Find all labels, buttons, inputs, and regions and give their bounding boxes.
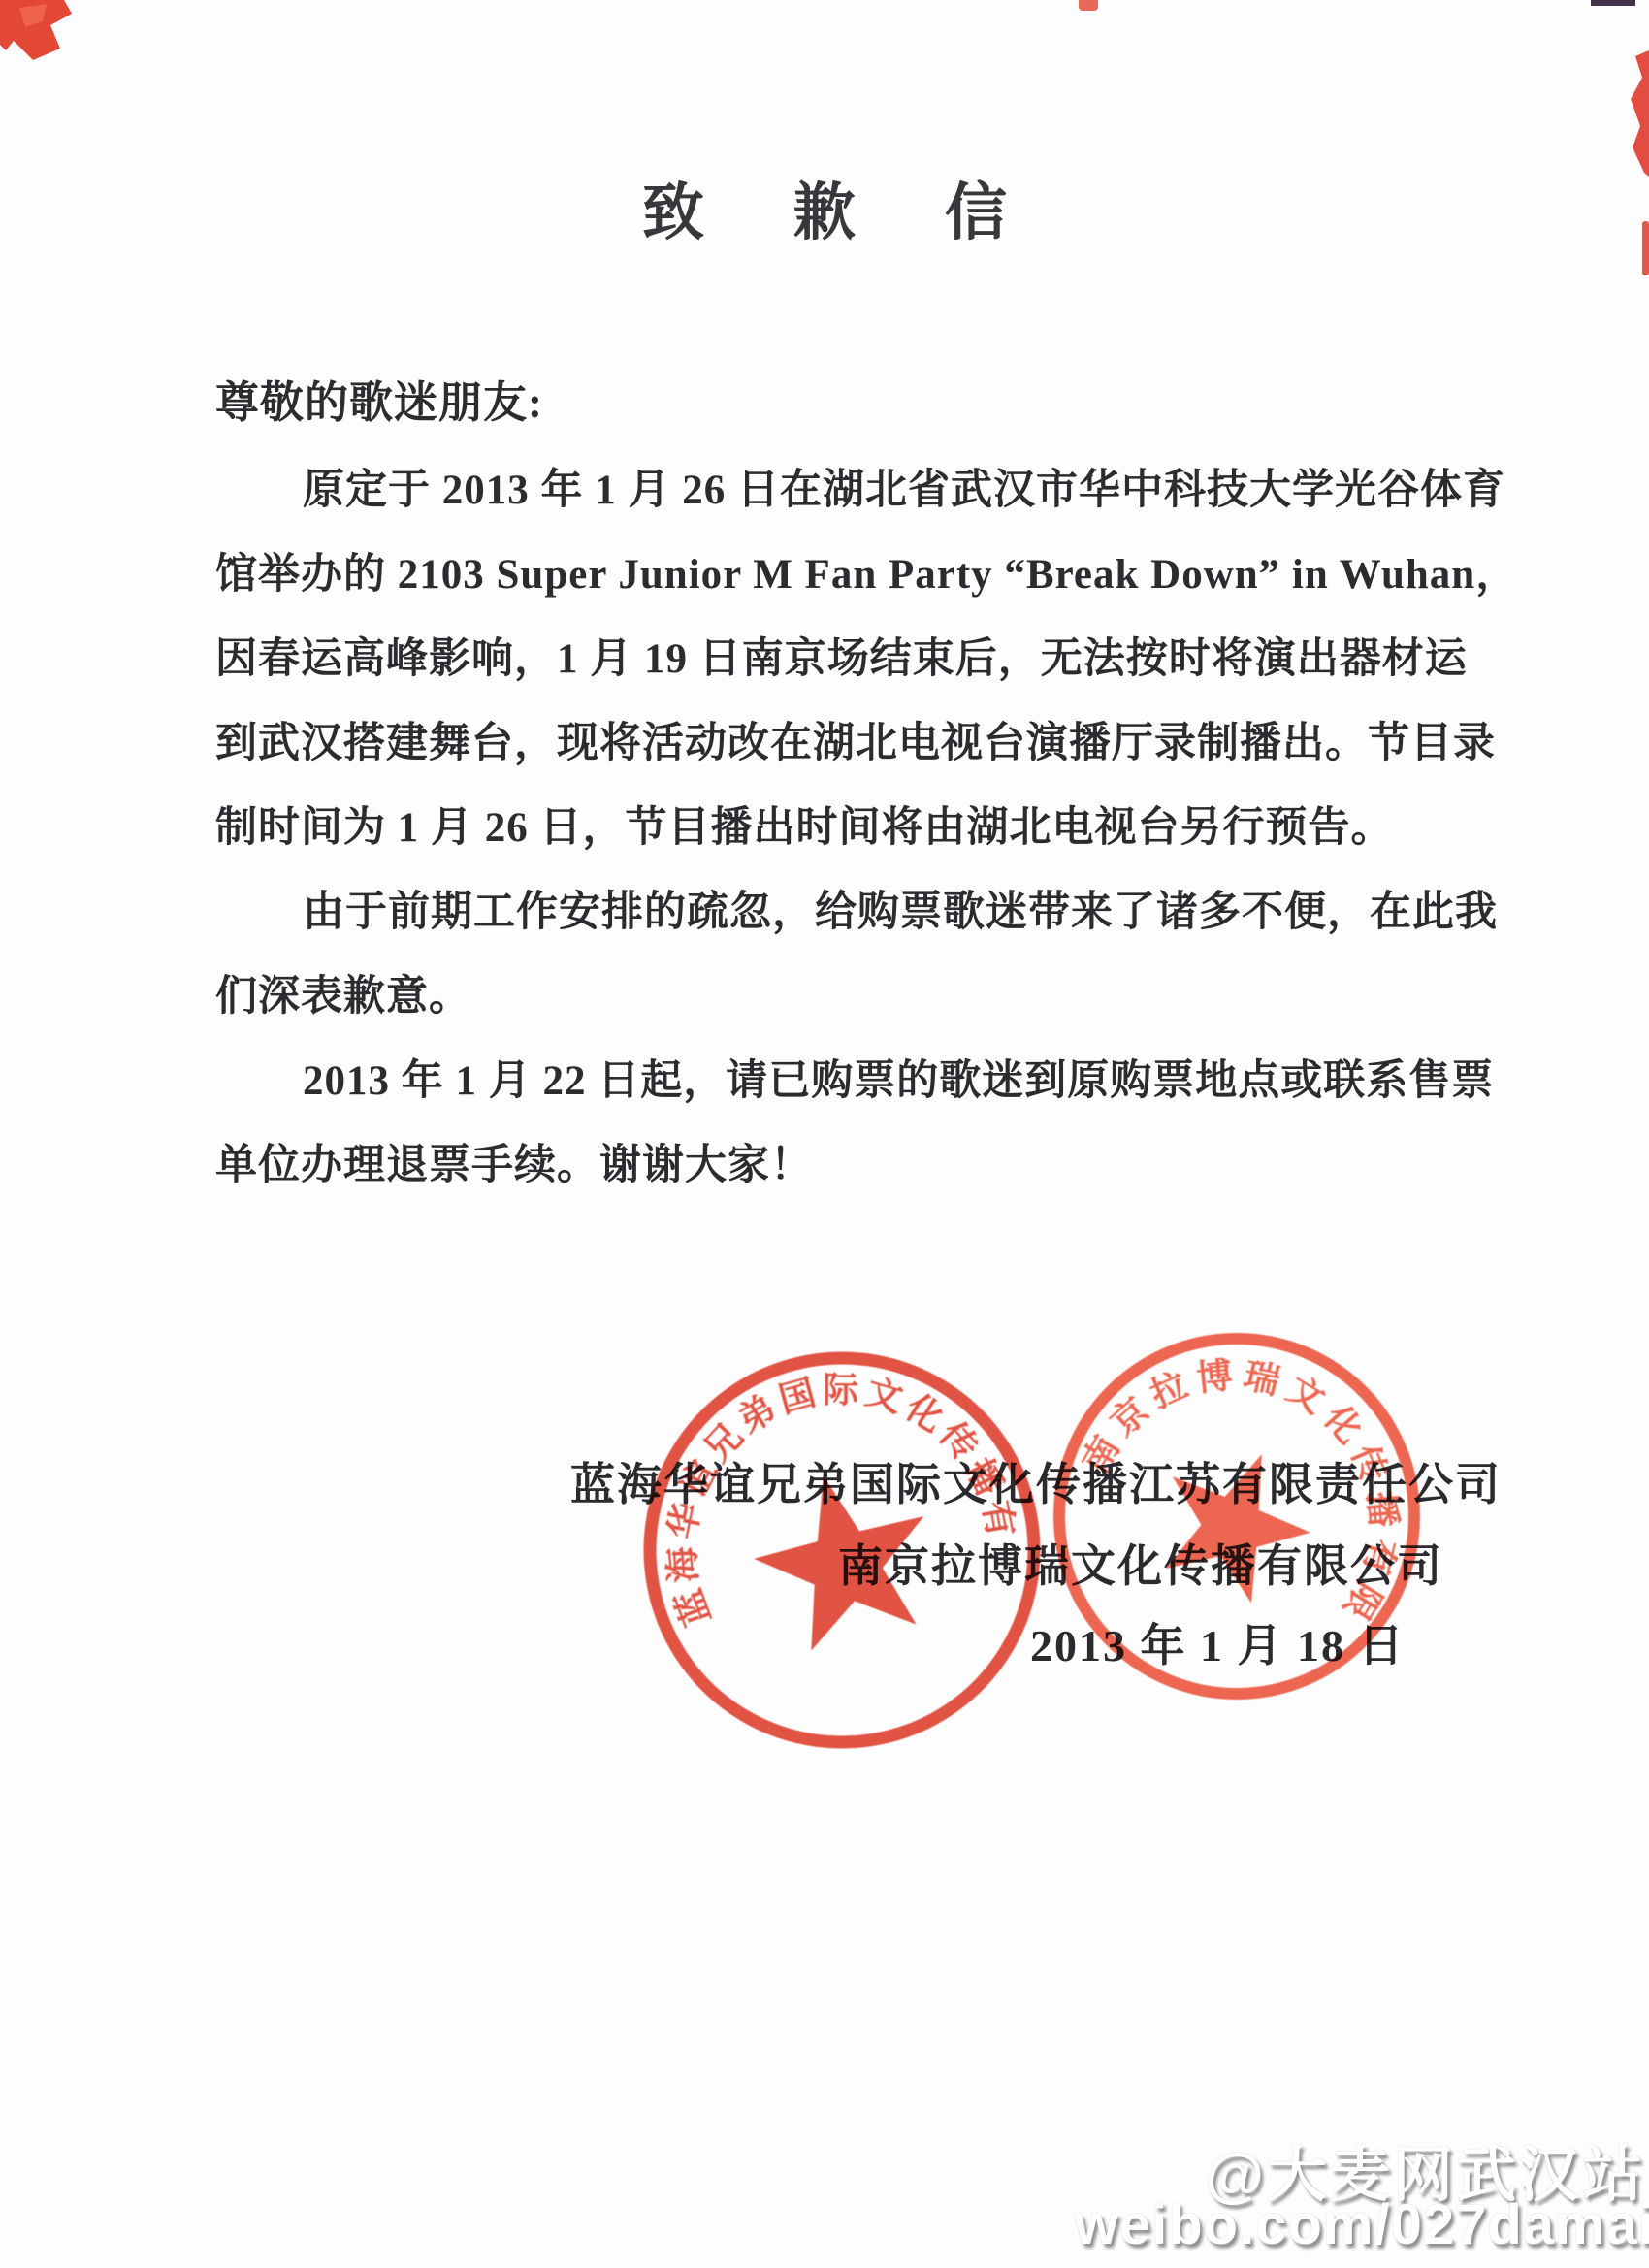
ink-smudge-right-edge <box>1628 50 1649 178</box>
seal-star-left <box>738 1455 949 1659</box>
letter-body: 原定于 2013 年 1 月 26 日在湖北省武汉市华中科技大学光谷体育 馆举办… <box>215 448 1430 1208</box>
body-line: 制时间为 1 月 26 日，节目播出时间将由湖北电视台另行预告。 <box>215 786 1430 870</box>
body-line: 到武汉搭建舞台，现将活动改在湖北电视台演播厅录制播出。节目录 <box>215 701 1430 786</box>
letter-title: 致 歉 信 <box>0 163 1649 252</box>
body-line: 单位办理退票手续。谢谢大家！ <box>215 1123 1430 1208</box>
ink-smudge-top-left <box>0 0 89 76</box>
body-line: 们深表歉意。 <box>215 955 1430 1039</box>
watermark-weibo-url: weibo.com/027damai <box>1075 2192 1649 2257</box>
ink-dash-top-edge <box>1079 0 1098 11</box>
seal-arc-text-right: 南京拉博瑞文化传播有限公司 <box>1043 1322 1431 1636</box>
company-seal-right: 南京拉博瑞文化传播有限公司 <box>1043 1322 1431 1710</box>
letter-salutation: 尊敬的歌迷朋友: <box>215 367 543 430</box>
scan-edge-artifact <box>1591 0 1635 6</box>
body-line: 因春运高峰影响，1 月 19 日南京场结束后，无法按时将演出器材运 <box>215 617 1430 701</box>
seal-star-right <box>1140 1427 1331 1614</box>
body-line: 由于前期工作安排的疏忽，给购票歌迷带来了诸多不便，在此我 <box>215 870 1430 955</box>
body-line: 原定于 2013 年 1 月 26 日在湖北省武汉市华中科技大学光谷体育 <box>215 448 1430 533</box>
svg-text:南京拉博瑞文化传播有限公司: 南京拉博瑞文化传播有限公司 <box>1043 1322 1431 1636</box>
company-seal-left: 蓝海华谊兄弟国际文化传播有限责任公司 <box>629 1337 1055 1764</box>
body-line: 2013 年 1 月 22 日起，请已购票的歌迷到原购票地点或联系售票 <box>215 1039 1430 1123</box>
body-line: 馆举办的 2103 Super Junior M Fan Party “Brea… <box>215 533 1430 617</box>
apology-letter-scan: 致 歉 信 尊敬的歌迷朋友: 原定于 2013 年 1 月 26 日在湖北省武汉… <box>0 0 1649 2268</box>
